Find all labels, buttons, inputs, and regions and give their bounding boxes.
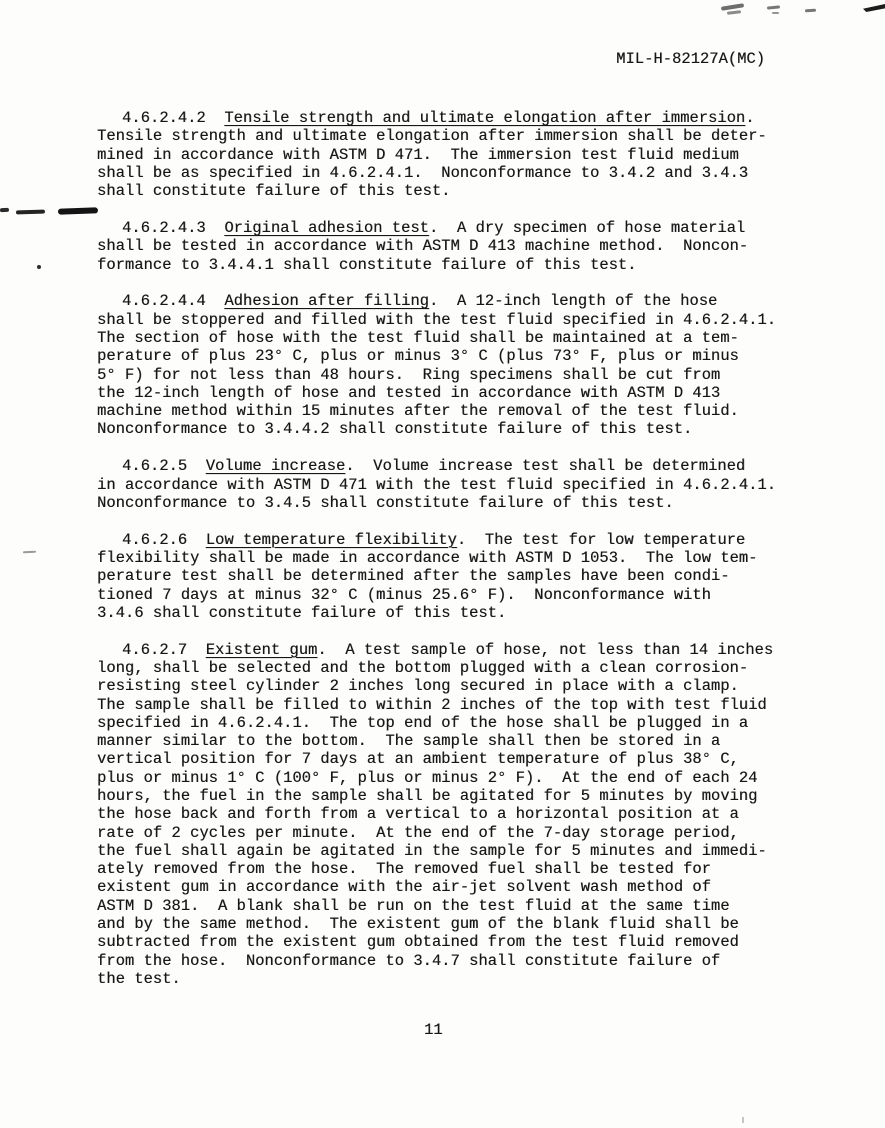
paragraph-first-line-rest: .	[745, 109, 754, 127]
paragraph-first-line: 4.6.2.4.3Original adhesion test. A dry s…	[97, 219, 797, 237]
scan-artifact	[863, 4, 885, 12]
document-id: MIL-H-82127A(MC)	[616, 50, 765, 68]
paragraph-first-line-rest: . The test for low temperature	[457, 531, 745, 549]
scan-artifact	[772, 12, 779, 14]
scan-artifact	[767, 5, 780, 9]
scanned-document-page: MIL-H-82127A(MC) 4.6.2.4.2Tensile streng…	[0, 0, 885, 1128]
paragraph-body: shall be stoppered and filled with the t…	[97, 311, 797, 439]
paragraph-number: 4.6.2.4.2	[122, 109, 206, 127]
scan-artifact	[0, 208, 9, 213]
paragraph-first-line: 4.6.2.7Existent gum. A test sample of ho…	[97, 641, 797, 659]
paragraph-first-line-rest: . A 12-inch length of the hose	[429, 292, 717, 310]
paragraph-title: Tensile strength and ultimate elongation…	[224, 109, 745, 127]
paragraph-number: 4.6.2.4.3	[122, 219, 206, 237]
paragraph-first-line: 4.6.2.6Low temperature flexibility. The …	[97, 531, 797, 549]
scan-artifact	[727, 10, 741, 14]
paragraph-title: Original adhesion test	[224, 219, 429, 237]
paragraph-title: Existent gum	[206, 641, 318, 659]
scan-artifact	[16, 209, 45, 214]
scan-artifact	[742, 1117, 744, 1123]
paragraph-first-line: 4.6.2.5Volume increase. Volume increase …	[97, 457, 797, 475]
paragraph-body: Tensile strength and ultimate elongation…	[97, 127, 797, 200]
paragraph-first-line-rest: . A test sample of hose, not less than 1…	[317, 641, 773, 659]
paragraph-first-line-rest: . Volume increase test shall be determin…	[345, 457, 745, 475]
paragraph-body: long, shall be selected and the bottom p…	[97, 659, 797, 988]
paragraph-first-line-rest: . A dry specimen of hose material	[429, 219, 745, 237]
spec-paragraph-4-6-2-7: 4.6.2.7Existent gum. A test sample of ho…	[97, 641, 797, 989]
spec-paragraph-4-6-2-5: 4.6.2.5Volume increase. Volume increase …	[97, 457, 797, 512]
scan-artifact	[58, 207, 98, 214]
paragraph-number: 4.6.2.6	[122, 531, 187, 549]
paragraph-number: 4.6.2.7	[122, 641, 187, 659]
page-number: 11	[424, 1021, 443, 1039]
scan-artifact	[23, 551, 36, 554]
paragraph-title: Volume increase	[206, 457, 346, 475]
scan-artifact	[37, 265, 41, 269]
scan-artifact	[805, 9, 816, 13]
paragraph-first-line: 4.6.2.4.2Tensile strength and ultimate e…	[97, 109, 797, 127]
paragraph-title: Low temperature flexibility	[206, 531, 457, 549]
spec-paragraph-4-6-2-6: 4.6.2.6Low temperature flexibility. The …	[97, 531, 797, 622]
paragraph-number: 4.6.2.4.4	[122, 292, 206, 310]
paragraph-title: Adhesion after filling	[224, 292, 429, 310]
document-body: 4.6.2.4.2Tensile strength and ultimate e…	[97, 109, 797, 1007]
scan-artifact	[721, 3, 744, 11]
spec-paragraph-4-6-2-4-4: 4.6.2.4.4Adhesion after filling. A 12-in…	[97, 292, 797, 438]
paragraph-number: 4.6.2.5	[122, 457, 187, 475]
paragraph-body: shall be tested in accordance with ASTM …	[97, 237, 797, 274]
paragraph-first-line: 4.6.2.4.4Adhesion after filling. A 12-in…	[97, 292, 797, 310]
paragraph-body: flexibility shall be made in accordance …	[97, 549, 797, 622]
spec-paragraph-4-6-2-4-2: 4.6.2.4.2Tensile strength and ultimate e…	[97, 109, 797, 200]
spec-paragraph-4-6-2-4-3: 4.6.2.4.3Original adhesion test. A dry s…	[97, 219, 797, 274]
paragraph-body: in accordance with ASTM D 471 with the t…	[97, 476, 797, 513]
